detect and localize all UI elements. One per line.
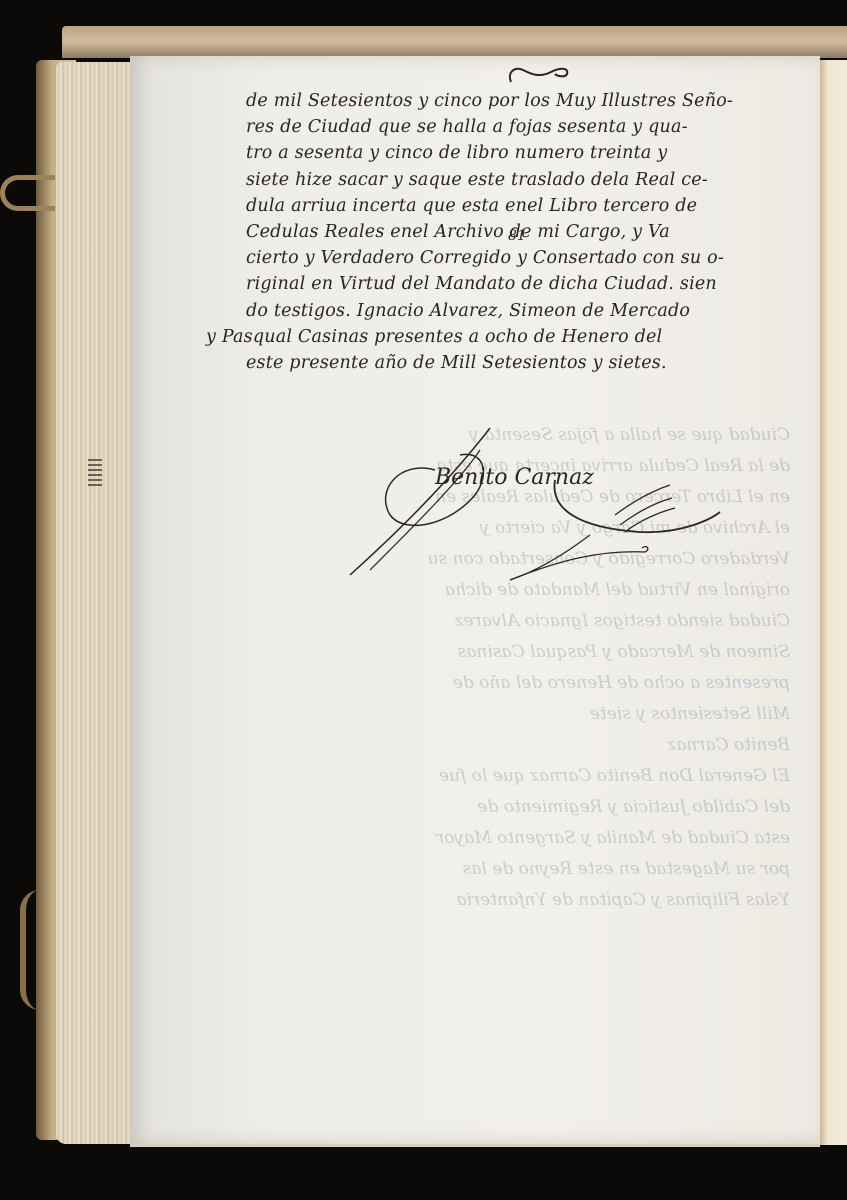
text-line-10: y Pasqual Casinas presentes a ocho de He… (206, 324, 826, 350)
text-line-11: este presente año de Mill Setesientos y … (246, 350, 826, 376)
text-line-9: do testigos. Ignacio Alvarez, Simeon de … (246, 298, 826, 324)
text-line-1: de mil Setesientos y cinco por los Muy I… (246, 88, 826, 114)
bleed-line: Simeon de Mercado y Pasqual Casinas (230, 637, 790, 668)
bleed-line: Mill Setesientos y siete (230, 699, 790, 730)
text-line-7: cierto y Verdadero Corregido y Consertad… (246, 245, 826, 271)
bleed-line: presentes a ocho de Henero del año de (230, 668, 790, 699)
binding-strap (0, 175, 55, 211)
text-line-5: dula arriua incerta que esta enel Libro … (246, 193, 826, 219)
margin-ink-marks (88, 458, 102, 486)
text-line-2: res de Ciudad que se halla a fojas sesen… (246, 114, 826, 140)
manuscript-text: de mil Setesientos y cinco por los Muy I… (246, 70, 826, 376)
binding-strap-lower (20, 890, 56, 1010)
bleed-line: Yslas Filipinas y Capitan de Ynfanteria (230, 885, 790, 916)
bleed-line: del Cabildo Justicia y Regimiento de (230, 792, 790, 823)
bleed-line: Ciudad siendo testigos Ignacio Alvarez (230, 606, 790, 637)
bleed-line: por su Magestad en este Reyno de las (230, 854, 790, 885)
interlinear-number: 81 (508, 228, 526, 244)
text-line-4: siete hize sacar y saque este traslado d… (246, 167, 826, 193)
text-line-3: tro a sesenta y cinco de libro numero tr… (246, 140, 826, 166)
bleed-line: esta Ciudad de Manila y Sargento Mayor (230, 823, 790, 854)
signature-name: Benito Carnaz (435, 465, 594, 490)
text-line-6: Cedulas Reales enel Archivo de mi Cargo,… (246, 219, 826, 245)
signature-rubric-icon (340, 420, 740, 590)
signature: Benito Carnaz (340, 420, 740, 590)
bleed-line: El General Don Benito Carnaz que lo fue (230, 761, 790, 792)
book-cover-top-edge (62, 26, 847, 58)
text-line-8: riginal en Virtud del Mandato de dicha C… (246, 271, 826, 297)
bleed-line: Benito Carnaz (230, 730, 790, 761)
